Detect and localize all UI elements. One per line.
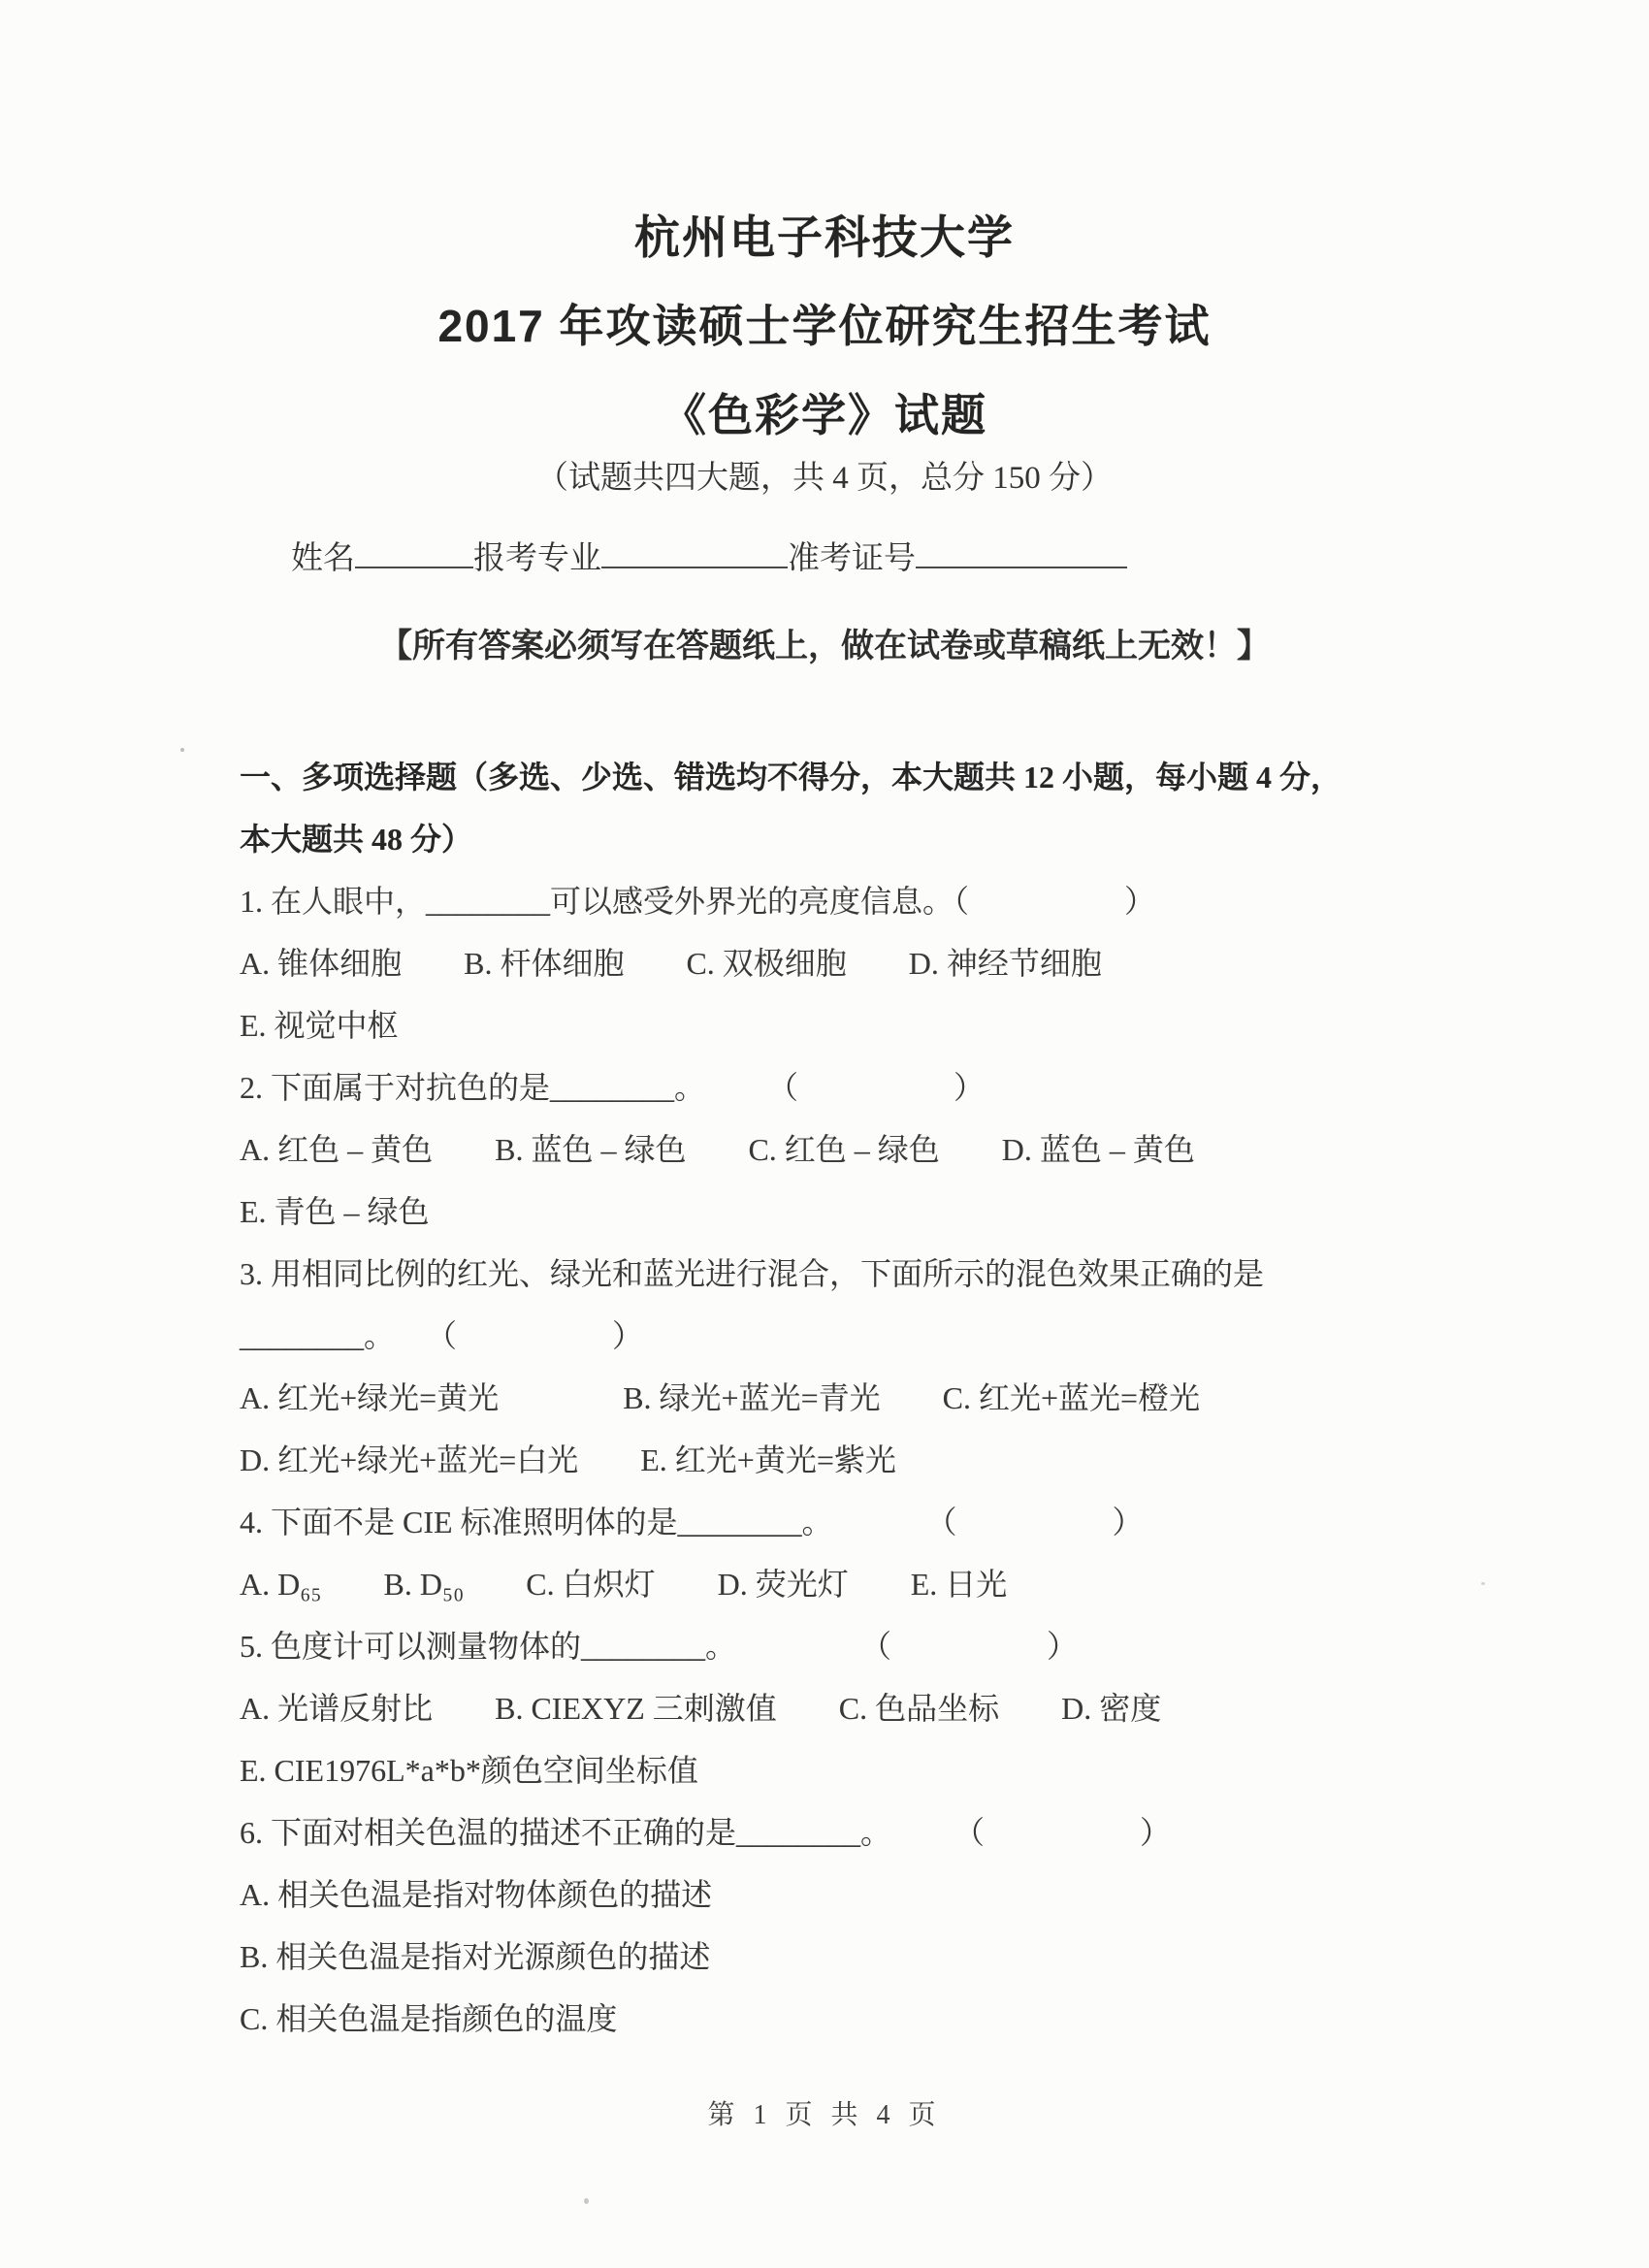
q3-stem-line-1: 3. 用相同比例的红光、绿光和蓝光进行混合，下面所示的混色效果正确的是: [240, 1243, 1501, 1305]
q4-stem: 4. 下面不是 CIE 标准照明体的是________。 （ ）: [240, 1491, 1501, 1553]
q4-options-a-e: A. D₆₅ B. D₅₀ C. 白炽灯 D. 荧光灯 E. 日光: [240, 1553, 1501, 1615]
section-heading-line-1: 一、多项选择题（多选、少选、错选均不得分，本大题共 12 小题，每小题 4 分，: [240, 746, 1501, 808]
question-section: 一、多项选择题（多选、少选、错选均不得分，本大题共 12 小题，每小题 4 分，…: [240, 746, 1501, 2050]
exam-info: （试题共四大题，共 4 页，总分 150 分）: [0, 452, 1649, 498]
q2-stem: 2. 下面属于对抗色的是________。 （ ）: [240, 1056, 1501, 1118]
university-title: 杭州电子科技大学: [0, 202, 1649, 267]
q3-options-a-c: A. 红光+绿光=黄光 B. 绿光+蓝光=青光 C. 红光+蓝光=橙光: [240, 1367, 1501, 1429]
answer-sheet-notice: 【所有答案必须写在答题纸上，做在试卷或草稿纸上无效！】: [0, 619, 1649, 666]
page-number-footer: 第 1 页 共 4 页: [0, 2093, 1649, 2132]
q6-option-c: C. 相关色温是指颜色的温度: [240, 1988, 1501, 2050]
name-blank: [355, 532, 473, 568]
scan-speck: [180, 748, 184, 752]
q5-stem: 5. 色度计可以测量物体的________。 （ ）: [240, 1615, 1501, 1677]
name-label: 姓名: [291, 541, 355, 576]
major-blank: [601, 532, 788, 568]
q2-option-e: E. 青色 – 绿色: [240, 1181, 1501, 1243]
q1-stem: 1. 在人眼中，________可以感受外界光的亮度信息。（ ）: [240, 870, 1501, 932]
q5-option-e: E. CIE1976L*a*b*颜色空间坐标值: [240, 1739, 1501, 1801]
q6-option-b: B. 相关色温是指对光源颜色的描述: [240, 1926, 1501, 1988]
section-heading-line-2: 本大题共 48 分）: [240, 808, 1501, 870]
q1-option-e: E. 视觉中枢: [240, 994, 1501, 1056]
scan-speck: [584, 2198, 589, 2204]
q3-stem-line-2: ________。 （ ）: [240, 1305, 1501, 1367]
q2-options-a-d: A. 红色 – 黄色 B. 蓝色 – 绿色 C. 红色 – 绿色 D. 蓝色 –…: [240, 1118, 1501, 1181]
subject-title: 《色彩学》试题: [0, 380, 1649, 444]
admission-ticket-label: 准考证号: [788, 541, 916, 576]
q6-stem: 6. 下面对相关色温的描述不正确的是________。 （ ）: [240, 1801, 1501, 1863]
scan-speck: [1481, 1582, 1485, 1585]
q1-options-a-d: A. 锥体细胞 B. 杆体细胞 C. 双极细胞 D. 神经节细胞: [240, 932, 1501, 994]
admission-ticket-blank: [916, 532, 1127, 568]
exam-title: 2017 年攻读硕士学位研究生招生考试: [0, 291, 1649, 355]
q5-options-a-d: A. 光谱反射比 B. CIEXYZ 三刺激值 C. 色品坐标 D. 密度: [240, 1677, 1501, 1739]
major-label: 报考专业: [473, 541, 601, 576]
q3-options-d-e: D. 红光+绿光+蓝光=白光 E. 红光+黄光=紫光: [240, 1429, 1501, 1491]
exam-page: 杭州电子科技大学 2017 年攻读硕士学位研究生招生考试 《色彩学》试题 （试题…: [0, 0, 1649, 2268]
q6-option-a: A. 相关色温是指对物体颜色的描述: [240, 1863, 1501, 1926]
candidate-info-row: 姓名报考专业准考证号: [291, 532, 1127, 578]
